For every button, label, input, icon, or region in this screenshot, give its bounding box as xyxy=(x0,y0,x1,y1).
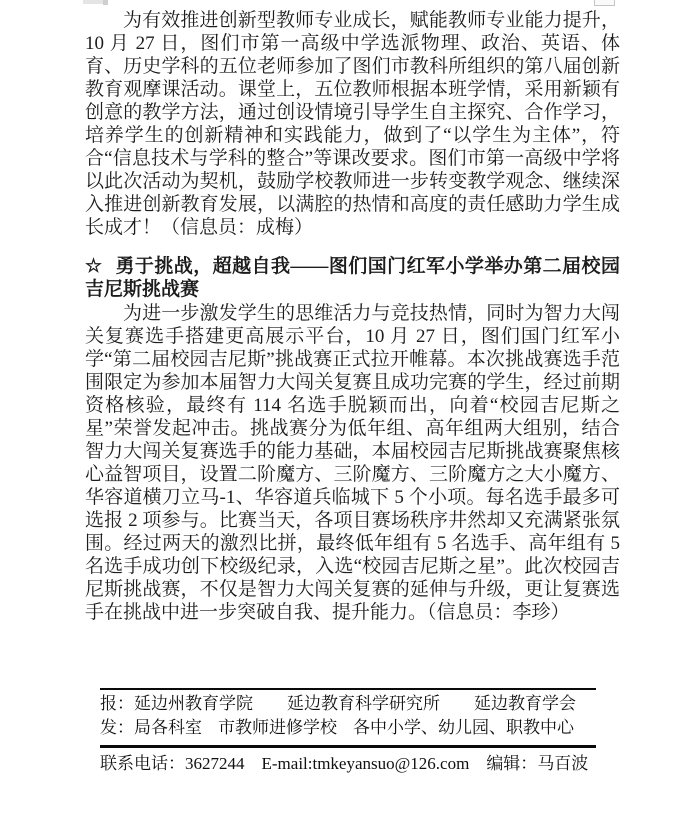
newsletter-footer: 报：延边州教育学院延边教育科学研究所延边教育学会 发：局各科室市教师进修学校各中… xyxy=(100,688,596,776)
contact-line: 联系电话：3627244E-mail:tmkeyansuo@126.com编辑：… xyxy=(100,748,596,776)
distribute-item-2: 市教师进修学校 xyxy=(218,718,337,737)
top-edge-artifact-bar-tip xyxy=(103,0,108,5)
star-icon: ☆ xyxy=(85,255,102,278)
phone-number: 3627244 xyxy=(185,754,245,773)
email-address: tmkeyansuo@126.com xyxy=(312,754,469,773)
report-item-3: 延边教育学会 xyxy=(474,694,576,713)
top-edge-artifact-box xyxy=(594,0,615,6)
document-body: 为有效推进创新型教师专业成长，赋能教师专业能力提升，10 月 27 日，图们市第… xyxy=(85,9,620,624)
article-1-body: 为有效推进创新型教师专业成长，赋能教师专业能力提升，10 月 27 日，图们市第… xyxy=(85,9,620,239)
article-2-title: 勇于挑战，超越自我——图们国门红军小学举办第二届校园吉尼斯挑战赛 xyxy=(85,256,620,300)
email-label: E-mail: xyxy=(262,754,313,773)
distribute-label: 发： xyxy=(100,718,134,737)
distribute-line: 发：局各科室市教师进修学校各中小学、幼儿园、职教中心 xyxy=(100,716,596,743)
editor-name: 马百波 xyxy=(537,754,588,773)
document-page: 为有效推进创新型教师专业成长，赋能教师专业能力提升，10 月 27 日，图们市第… xyxy=(0,0,700,826)
report-item-1: 延边州教育学院 xyxy=(134,694,253,713)
distribute-item-1: 局各科室 xyxy=(134,718,202,737)
article-2-heading: ☆勇于挑战，超越自我——图们国门红军小学举办第二届校园吉尼斯挑战赛 xyxy=(85,255,620,301)
editor-label: 编辑： xyxy=(486,754,537,773)
phone-label: 联系电话： xyxy=(100,754,185,773)
article-2-body: 为进一步激发学生的思维活力与竞技热情，同时为智力大闯关复赛选手搭建更高展示平台，… xyxy=(85,302,620,624)
distribute-item-3: 各中小学、幼儿园、职教中心 xyxy=(353,718,574,737)
report-line: 报：延边州教育学院延边教育科学研究所延边教育学会 xyxy=(100,690,596,716)
report-item-2: 延边教育科学研究所 xyxy=(287,694,440,713)
report-label: 报： xyxy=(100,694,134,713)
